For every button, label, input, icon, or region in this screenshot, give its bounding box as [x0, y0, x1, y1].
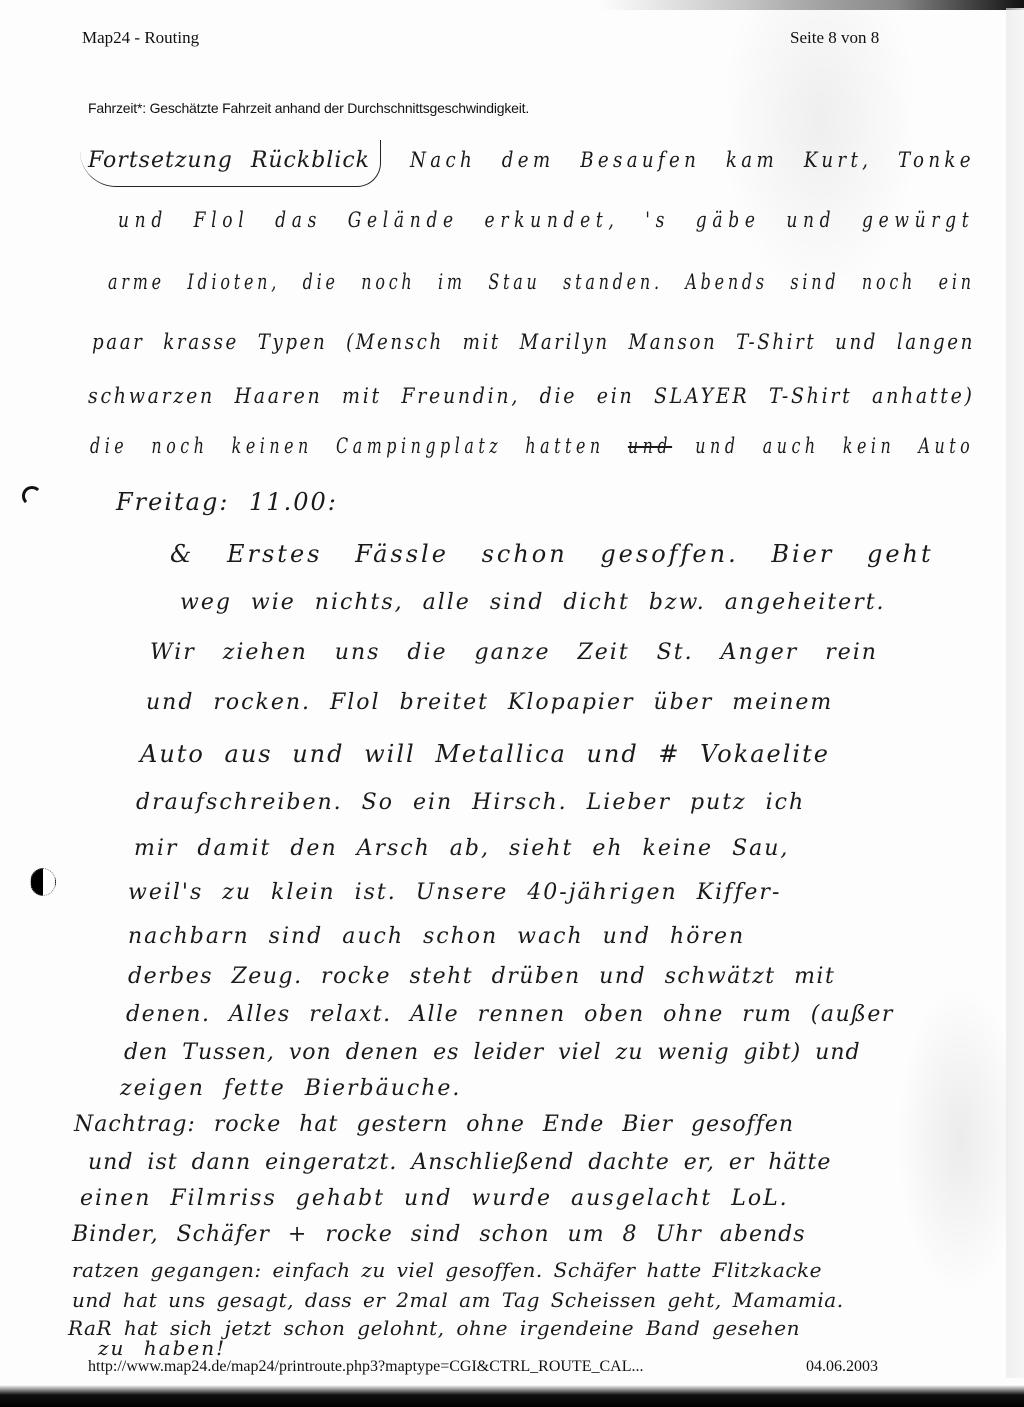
intro-line-6-tail: und auch kein Auto	[695, 434, 974, 458]
hole-punch-top	[22, 486, 42, 506]
print-footer-date: 04.06.2003	[806, 1358, 878, 1376]
friday-line-9: nachbarn sind auch schon wach und hören	[128, 924, 745, 949]
intro-line-3: arme Idioten, die noch im Stau standen. …	[108, 270, 975, 294]
friday-line-13: zeigen fette Bierbäuche.	[120, 1076, 461, 1101]
addendum-line-8: zu haben!	[98, 1336, 226, 1360]
hole-punch-middle	[30, 868, 56, 896]
friday-line-3: Wir ziehen uns die ganze Zeit St. Anger …	[150, 640, 878, 665]
scan-edge-right	[1006, 8, 1024, 1378]
print-header-title: Map24 - Routing	[82, 28, 199, 48]
addendum-line-3: einen Filmriss gehabt und wurde ausgelac…	[80, 1186, 789, 1211]
intro-line-6: die noch keinen Campingplatz hatten und …	[90, 434, 974, 458]
intro-line-6-text: die noch keinen Campingplatz hatten	[90, 434, 605, 458]
addendum-line-6: und hat uns gesagt, dass er 2mal am Tag …	[72, 1288, 844, 1312]
addendum-line-4: Binder, Schäfer + rocke sind schon um 8 …	[72, 1222, 806, 1247]
print-header-page-indicator: Seite 8 von 8	[790, 28, 879, 48]
friday-heading: Freitag: 11.00:	[116, 488, 338, 516]
intro-line-1: Nach dem Besaufen kam Kurt, Tonke	[410, 148, 975, 172]
addendum-line-5: ratzen gegangen: einfach zu viel gesoffe…	[72, 1258, 822, 1282]
friday-line-10: derbes Zeug. rocke steht drüben und schw…	[128, 964, 835, 989]
struck-word: und	[628, 434, 672, 458]
friday-line-7: mir damit den Arsch ab, sieht eh keine S…	[134, 836, 789, 861]
intro-line-5: schwarzen Haaren mit Freundin, die ein S…	[88, 384, 975, 408]
scanned-page: Map24 - Routing Seite 8 von 8 Fahrzeit*:…	[0, 0, 1024, 1407]
section-title: Fortsetzung Rückblick	[88, 148, 370, 173]
friday-line-5: Auto aus und will Metallica und # Vokael…	[140, 740, 830, 768]
addendum-line-1: Nachtrag: rocke hat gestern ohne Ende Bi…	[74, 1112, 794, 1137]
friday-line-2: weg wie nichts, alle sind dicht bzw. ang…	[180, 590, 886, 615]
scan-shadow-bottom	[0, 1385, 1024, 1407]
intro-line-2: und Flol das Gelände erkundet, 's gäbe u…	[118, 208, 974, 232]
friday-line-12: den Tussen, von denen es leider viel zu …	[124, 1040, 861, 1065]
friday-line-1: & Erstes Fässle schon gesoffen. Bier geh…	[170, 540, 934, 568]
intro-line-4: paar krasse Typen (Mensch mit Marilyn Ma…	[92, 330, 975, 354]
scan-shadow-top	[600, 0, 1024, 10]
friday-line-8: weil's zu klein ist. Unsere 40-jährigen …	[128, 880, 781, 905]
friday-line-6: draufschreiben. So ein Hirsch. Lieber pu…	[136, 790, 805, 815]
friday-line-4: und rocken. Flol breitet Klopapier über …	[146, 690, 833, 715]
addendum-line-2: und ist dann eingeratzt. Anschließend da…	[88, 1150, 831, 1175]
print-footer-url: http://www.map24.de/map24/printroute.php…	[88, 1358, 643, 1376]
printed-footnote: Fahrzeit*: Geschätzte Fahrzeit anhand de…	[88, 100, 529, 116]
friday-line-11: denen. Alles relaxt. Alle rennen oben oh…	[126, 1002, 894, 1027]
